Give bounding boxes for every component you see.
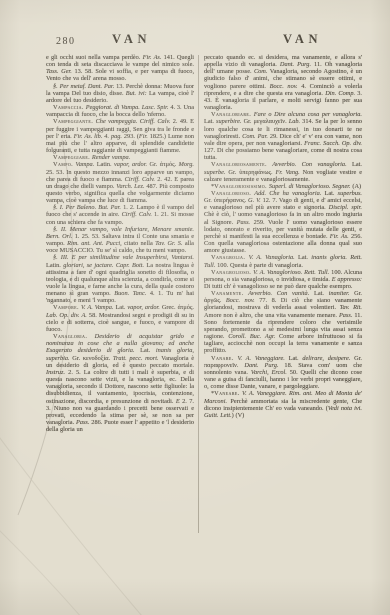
- page-number: 280: [56, 36, 76, 47]
- entry-text: Lat.: [204, 118, 216, 125]
- entry-text: But. ivi:: [126, 90, 149, 97]
- entry-text: E appresso:: [332, 276, 362, 283]
- entry-paragraph: Vanagrolia. V. A. Vanagloria. Lat. inani…: [204, 254, 362, 268]
- entry-text: Bocc. nov.: [226, 297, 259, 304]
- entry-text: Rim. ant. Ant. Pucci,: [67, 240, 124, 247]
- entry-headword: Vanaglorioso.: [211, 190, 251, 197]
- entry-text: Tav. Gr. S.: [155, 240, 185, 247]
- entry-text: V. A. Vampa.: [79, 304, 115, 311]
- entry-paragraph: Vanagloria. Desiderio di acquistar grido…: [46, 333, 194, 433]
- entry-text: Lat.: [115, 304, 127, 311]
- entry-text: ) (V): [232, 412, 245, 419]
- entry-text: Pass.: [76, 419, 91, 426]
- left-column: e gli occhi suoi nella vampa perdèo. Fir…: [46, 54, 194, 433]
- entry-text: delirare, desipere.: [302, 355, 354, 362]
- entry-text: Lat.: [289, 355, 303, 362]
- entry-text: Instruz.: [46, 369, 68, 376]
- entry-text: superbe.: [204, 169, 228, 176]
- entry-text: Lat.: [298, 254, 311, 261]
- entry-headword: Vampeggiante.: [53, 118, 93, 125]
- entry-text: Fr. Vang.: [275, 169, 302, 176]
- entry-text: Fare o Dire alcuna cosa per vanagloria.: [251, 111, 362, 118]
- entry-text: Avverbio. Con vanità.: [244, 290, 314, 297]
- entry-text: Morg.: [179, 161, 194, 168]
- entry-text: inaniter.: [329, 290, 355, 297]
- entry-text: superbire.: [216, 118, 244, 125]
- entry-text: Fir.: [139, 133, 150, 140]
- entry-text: Grec. ἀτμός.: [162, 304, 194, 311]
- entry-text: Gr. ἀτμός.: [149, 161, 178, 168]
- entry-text: G. V.: [248, 197, 263, 204]
- entry-text: Dant. Purg.: [280, 61, 314, 68]
- entry-text: Lab.: [289, 118, 302, 125]
- entry-text: Latin.: [97, 161, 114, 168]
- entry-text: superbus.: [338, 190, 362, 197]
- text-columns: e gli occhi suoi nella vampa perdèo. Fir…: [46, 54, 362, 533]
- entry-paragraph: §. II. Menar vampo, vale Infuriare, Mena…: [46, 226, 194, 255]
- entry-headword: Vanagloriosamente.: [211, 161, 267, 168]
- entry-paragraph: Vanaglorioso. Add. Che ha vanagloria. La…: [204, 190, 362, 254]
- entry-headword: Vanagloriare.: [211, 111, 251, 118]
- entry-text: Bocc. nov.: [270, 83, 302, 90]
- entry-text: V. A. Vaneggiare.: [234, 355, 289, 362]
- entry-text: Varch. Lez.: [116, 183, 146, 190]
- entry-text: Tav. Rit.: [340, 304, 362, 311]
- entry-text: Fir. As. lib. 4. pag.: [74, 133, 124, 140]
- entry-text: Gr. ὑπερήφανος.: [204, 197, 248, 204]
- entry-text: Lat.: [140, 347, 156, 354]
- entry-text: Di tutti ch' è vanagolioso se ne può dar…: [204, 283, 352, 290]
- entry-text: Superl. di Vanaglorioso. Segner.: [267, 183, 352, 190]
- entry-text: Latin.: [46, 262, 63, 269]
- entry-paragraph: peccato quando ec. si desidera, ma vanam…: [204, 54, 362, 111]
- entry-headword: Vampeggiare.: [53, 154, 90, 161]
- entry-paragraph: *Vaneare. V. A. Vaneggiare. Rim. ant. Me…: [204, 390, 362, 419]
- entry-text: gloriari, se jactare. Capr. Bott.: [63, 262, 146, 269]
- entry-text: Gr. μεγαλαυχεῖν.: [244, 118, 289, 125]
- entry-text: Lat.: [314, 290, 329, 297]
- entry-paragraph: Vanagloriare. Fare o Dire alcuna cosa pe…: [204, 111, 362, 161]
- entry-text: Tass. Ger.: [46, 68, 74, 75]
- right-column: peccato quando ec. si desidera, ma vanam…: [204, 54, 362, 419]
- entry-paragraph: Vanamente. Avverbio. Con vanità. Lat. in…: [204, 290, 362, 354]
- entry-text: Varchi, Ercol.: [251, 369, 290, 376]
- entry-text: Coroll. Buc. Agr.: [228, 333, 279, 340]
- entry-text: V. A. Vanagloria.: [245, 254, 298, 261]
- entry-paragraph: Vanare. V. A. Vaneggiare. Lat. delirare,…: [204, 355, 362, 391]
- entry-text: Franc. Sacch. Op. div.: [304, 140, 362, 147]
- entry-text: Che vampeggia. Ciriff. Calv.: [93, 118, 173, 125]
- entry-text: 100. Questa è parte di vanagloria.: [217, 262, 303, 269]
- entry-text: Avverbio. Con vanagloria.: [267, 161, 352, 168]
- entry-text: Pass.: [237, 219, 254, 226]
- entry-headword: Vanagloria.: [53, 333, 87, 340]
- entry-text: Amore non è altro, che una vita vanament…: [204, 312, 339, 319]
- entry-text: Dant. Purg.: [244, 362, 284, 369]
- entry-headword: Vanamente.: [211, 290, 244, 297]
- entry-headword: Vanagrolia.: [211, 254, 245, 261]
- entry-text: vapor, ardor.: [114, 161, 149, 168]
- entry-text: Pass.: [339, 312, 354, 319]
- entry-text: Buon. Tanc.: [114, 290, 150, 297]
- entry-paragraph: Vampo. Vampa. Latin. vapor, ardor. Gr. ἀ…: [46, 161, 194, 204]
- entry-paragraph: Vanagloriosamente. Avverbio. Con vanaglo…: [204, 161, 362, 182]
- entry-text: Din. Comp.: [325, 90, 357, 97]
- entry-paragraph: Vampeggiante. Che vampeggia. Ciriff. Cal…: [46, 118, 194, 154]
- entry-paragraph: §. III. E per similitudine vale Insuperb…: [46, 254, 194, 304]
- entry-paragraph: §. I. Per Baleno. But. Par. 1. 2. Lampo …: [46, 204, 194, 225]
- running-head-left: VAN: [112, 32, 151, 47]
- entry-headword: Vampore.: [53, 304, 79, 311]
- entry-paragraph: Vampeggiare. Render vampa.: [46, 154, 194, 161]
- entry-headword: Vaneare.: [214, 390, 240, 397]
- entry-paragraph: Vanagrolioso. V. A. Vanaglorioso. Rett. …: [204, 269, 362, 290]
- entry-headword: Vanare.: [211, 355, 234, 362]
- entry-headword: Vampo.: [53, 161, 73, 168]
- entry-text: citato nella: [124, 240, 155, 247]
- entry-text: Vampa.: [73, 161, 97, 168]
- entry-text: Fir. As.: [330, 233, 351, 240]
- entry-text: vapor, ardor.: [127, 304, 161, 311]
- entry-text: Add. Che ha vanagloria.: [251, 190, 324, 197]
- running-head-right: VAN: [283, 32, 322, 47]
- entry-text: Ciriff. Calv.: [125, 176, 158, 183]
- entry-text: Com. Par.: [242, 133, 270, 140]
- entry-text: Lab. Op. div. A.: [46, 312, 89, 319]
- entry-text: Render vampa.: [90, 154, 130, 161]
- column-divider-rule: [198, 55, 199, 533]
- entry-text: Fir. As.: [143, 54, 164, 61]
- entry-text: Lat.: [325, 190, 338, 197]
- entry-paragraph: *Vanagloriosissimo. Superl. di Vanaglori…: [204, 183, 362, 190]
- entry-paragraph: e gli occhi suoi nella vampa perdèo. Fir…: [46, 54, 194, 83]
- entry-text: Tratt. pecc. mort.: [113, 355, 161, 362]
- entry-text: Gr. κενοδοξία.: [72, 355, 113, 362]
- entry-headword: Vanagloriosissimo.: [214, 183, 267, 190]
- scanned-dictionary-page: 280 VAN VAN e gli occhi suoi nella vampa…: [0, 0, 390, 615]
- entry-headword: Vanagrolioso.: [211, 269, 251, 276]
- entry-text: §. Per metaf. Dant. Par.: [53, 83, 116, 90]
- entry-text: Lat.: [352, 161, 362, 168]
- entry-text: 2. 5. La coltre di tutti i mali è superb…: [46, 369, 194, 405]
- entry-text: §. III. E per similitudine vale Insuperb…: [53, 254, 194, 261]
- entry-text: (A): [352, 183, 361, 190]
- entry-paragraph: §. Per metaf. Dant. Par. 13. Perchè donn…: [46, 83, 194, 104]
- entry-text: 293. (: [124, 133, 139, 140]
- entry-text: V. A. Vanaglorioso. Rett. Tull.: [251, 269, 331, 276]
- entry-text: Gr. ὑπερηφάνως.: [228, 169, 275, 176]
- entry-paragraph: Vampaccia. Peggiorat. di Vampa. Lasc. Sp…: [46, 104, 194, 118]
- entry-paragraph: Vampore. V. A. Vampa. Lat. vapor, ardor.…: [46, 304, 194, 333]
- entry-text: e gli occhi suoi nella vampa perdèo.: [46, 54, 143, 61]
- entry-text: Ciriff. Calv.: [122, 211, 154, 218]
- entry-text: 127. Di che possiamo bene vanagloriare, …: [204, 147, 362, 161]
